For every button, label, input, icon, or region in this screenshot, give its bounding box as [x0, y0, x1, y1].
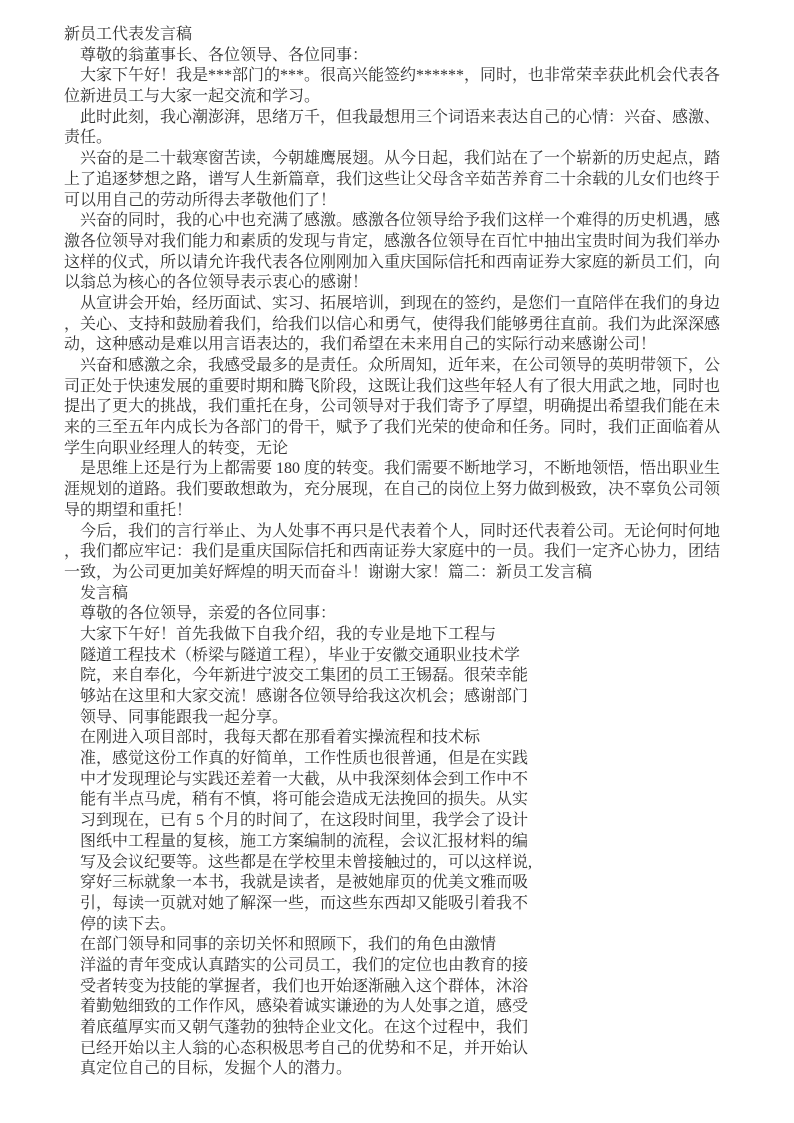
text-line: 这样的仪式，所以请允许我代表各位刚刚加入重庆国际信托和西南证券大家庭的新员工们，… — [64, 253, 738, 274]
text-line: 隧道工程技术（桥梁与隧道工程），毕业于安徽交通职业技术学 — [64, 646, 738, 667]
text-line: 涯规划的道路。我们要敢想敢为，充分展现，在自己的岗位上努力做到极致，决不辜负公司… — [64, 480, 738, 501]
text-line: 大家下午好！首先我做下自我介绍，我的专业是地下工程与 — [64, 625, 738, 646]
text-line: 动，这种感动是难以用言语表达的，我们希望在未来用自己的实际行动来感谢公司！ — [64, 335, 738, 356]
text-line: 激各位领导对我们能力和素质的发现与肯定，感激各位领导在百忙中抽出宝贵时间为我们举… — [64, 232, 738, 253]
text-line: 中才发现理论与实践还差着一大截，从中我深刻体会到工作中不 — [64, 770, 738, 791]
text-line: 停的读下去。 — [64, 915, 738, 936]
text-line: 大家下午好！我是***部门的***。很高兴能签约******，同时，也非常荣幸获… — [64, 66, 738, 87]
text-line: 引，每读一页就对她了解深一些，而这些东西却又能吸引着我不 — [64, 894, 738, 915]
text-line: 习到现在，已有 5 个月的时间了，在这段时间里，我学会了设计 — [64, 811, 738, 832]
text-line: 尊敬的翁董事长、各位领导、各位同事： — [64, 46, 738, 67]
text-line: ，关心、支持和鼓励着我们，给我们以信心和勇气，使得我们能够勇往直前。我们为此深深… — [64, 315, 738, 336]
text-line: 来的三至五年内成长为各部门的骨干，赋予了我们光荣的使命和任务。同时，我们正面临着… — [64, 418, 738, 439]
text-line: 学生向职业经理人的转变，无论 — [64, 439, 738, 460]
text-line: 能有半点马虎，稍有不慎，将可能会造成无法挽回的损失。从实 — [64, 790, 738, 811]
text-line: 着勤勉细致的工作作风，感染着诚实谦逊的为人处事之道，感受 — [64, 997, 738, 1018]
text-line: 是思维上还是行为上都需要 180 度的转变。我们需要不断地学习，不断地领悟，悟出… — [64, 459, 738, 480]
text-line: 位新进员工与大家一起交流和学习。 — [64, 87, 738, 108]
text-line: 司正处于快速发展的重要时期和腾飞阶段，这既让我们这些年轻人有了很大用武之地，同时… — [64, 377, 738, 398]
document-text: 新员工代表发言稿尊敬的翁董事长、各位领导、各位同事：大家下午好！我是***部门的… — [64, 25, 738, 1080]
text-line: 发言稿 — [64, 584, 738, 605]
text-line: 导的期望和重托！ — [64, 501, 738, 522]
text-line: 写及会议纪要等。这些都是在学校里未曾接触过的，可以这样说, — [64, 853, 738, 874]
text-line: 穿好三标就象一本书，我就是读者，是被她扉页的优美文雅而吸 — [64, 873, 738, 894]
text-line: 已经开始以主人翁的心态积极思考自己的优势和不足，并开始认 — [64, 1039, 738, 1060]
text-line: 在刚进入项目部时，我每天都在那看着实操流程和技术标 — [64, 728, 738, 749]
text-line: 可以用自己的劳动所得去孝敬他们了！ — [64, 191, 738, 212]
text-line: 一致，为公司更加美好辉煌的明天而奋斗！谢谢大家！篇二：新员工发言稿 — [64, 563, 738, 584]
text-line: 尊敬的各位领导，亲爱的各位同事： — [64, 604, 738, 625]
document-page: 新员工代表发言稿尊敬的翁董事长、各位领导、各位同事：大家下午好！我是***部门的… — [0, 0, 794, 1123]
text-line: 今后，我们的言行举止、为人处事不再只是代表着个人，同时还代表着公司。无论何时何地 — [64, 522, 738, 543]
text-line: 兴奋和感激之余，我感受最多的是责任。众所周知，近年来，在公司领导的英明带领下，公 — [64, 356, 738, 377]
text-line: 上了追逐梦想之路，谱写人生新篇章，我们这些让父母含辛茹苦养育二十余载的儿女们也终… — [64, 170, 738, 191]
text-line: 够站在这里和大家交流！感谢各位领导给我这次机会；感谢部门 — [64, 687, 738, 708]
text-line: 以翁总为核心的各位领导表示衷心的感谢！ — [64, 273, 738, 294]
text-line: ，我们都应牢记：我们是重庆国际信托和西南证券大家庭中的一员。我们一定齐心协力，团… — [64, 542, 738, 563]
text-line: 着底蕴厚实而又朝气蓬勃的独特企业文化。在这个过程中，我们 — [64, 1018, 738, 1039]
text-line: 此时此刻，我心潮澎湃，思绪万千，但我最想用三个词语来表达自己的心情：兴奋、感激、 — [64, 108, 738, 129]
text-line: 提出了更大的挑战，我们重托在身，公司领导对于我们寄予了厚望，明确提出希望我们能在… — [64, 397, 738, 418]
text-line: 兴奋的是二十载寒窗苦读，今朝雄鹰展翅。从今日起，我们站在了一个崭新的历史起点，踏 — [64, 149, 738, 170]
text-line: 兴奋的同时，我的心中也充满了感激。感激各位领导给予我们这样一个难得的历史机遇，感 — [64, 211, 738, 232]
text-line: 责任。 — [64, 128, 738, 149]
text-line: 受者转变为技能的掌握者，我们也开始逐渐融入这个群体，沐浴 — [64, 977, 738, 998]
text-line: 准，感觉这份工作真的好简单，工作性质也很普通，但是在实践 — [64, 749, 738, 770]
text-line: 从宣讲会开始，经历面试、实习、拓展培训，到现在的签约，是您们一直陪伴在我们的身边 — [64, 294, 738, 315]
text-line: 院，来自奉化，今年新进宁波交工集团的员工王锡磊。很荣幸能 — [64, 666, 738, 687]
text-line: 领导、同事能跟我一起分享。 — [64, 708, 738, 729]
text-line: 图纸中工程量的复核，施工方案编制的流程，会议汇报材料的编 — [64, 832, 738, 853]
text-line: 真定位自己的目标，发掘个人的潜力。 — [64, 1059, 738, 1080]
text-line: 在部门领导和同事的亲切关怀和照顾下，我们的角色由激情 — [64, 935, 738, 956]
text-line: 新员工代表发言稿 — [64, 25, 738, 46]
text-line: 洋溢的青年变成认真踏实的公司员工，我们的定位也由教育的接 — [64, 956, 738, 977]
